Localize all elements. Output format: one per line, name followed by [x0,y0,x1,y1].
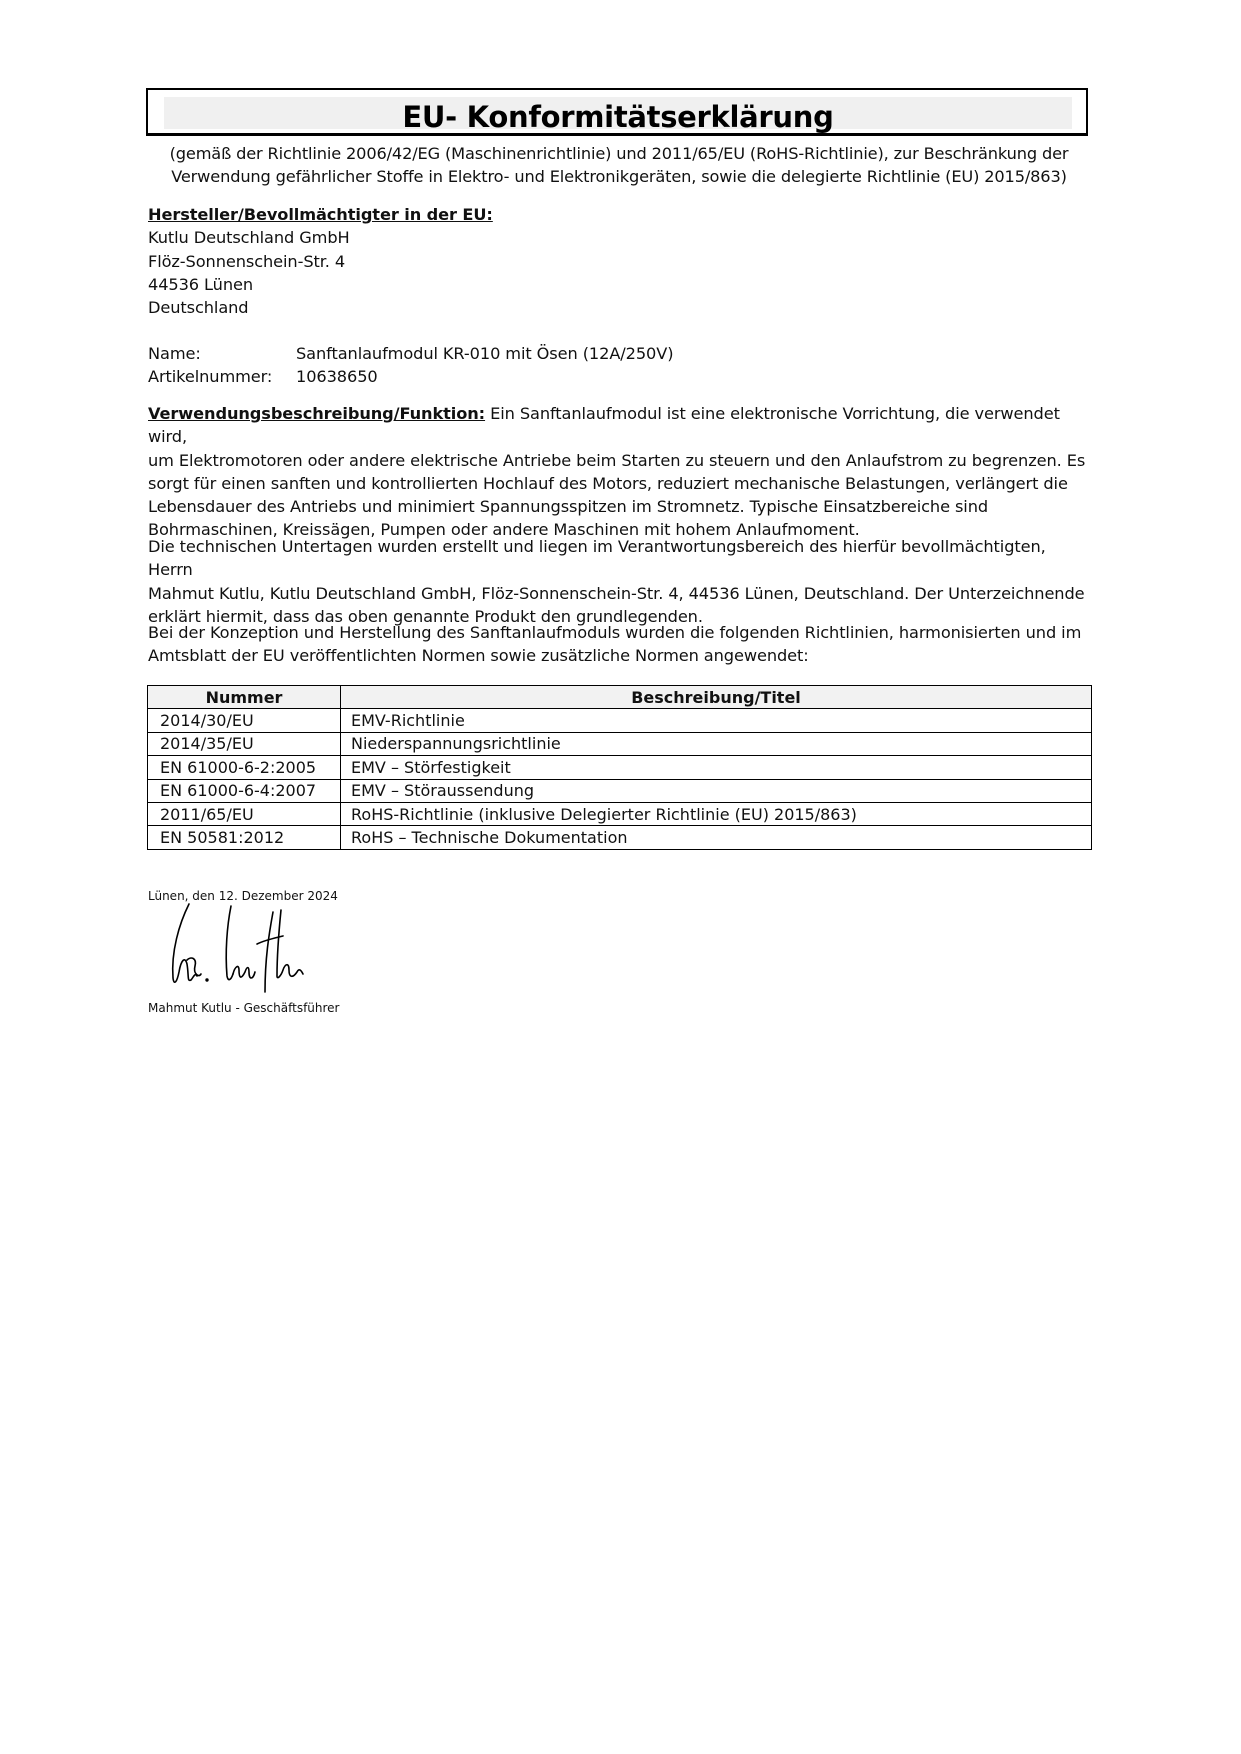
standards-intro-text: Amtsblatt der EU veröffentlichten Normen… [148,644,1092,667]
table-row: 2014/35/EU Niederspannungsrichtlinie [148,732,1092,755]
product-name-label: Name: [148,342,296,365]
product-section: Name: Sanftanlaufmodul KR-010 mit Ösen (… [148,342,1092,389]
usage-heading: Verwendungsbeschreibung/Funktion: [148,404,485,423]
standard-number: 2014/35/EU [148,732,341,755]
manufacturer-city: 44536 Lünen [148,273,1092,296]
usage-section: Verwendungsbeschreibung/Funktion: Ein Sa… [148,402,1092,542]
technical-docs-section: Die technischen Untertagen wurden erstel… [148,535,1092,628]
standards-intro-text: Bei der Konzeption und Herstellung des S… [148,621,1092,644]
manufacturer-section: Hersteller/Bevollmächtigter in der EU: K… [148,203,1092,319]
table-row: EN 50581:2012 RoHS – Technische Dokument… [148,826,1092,849]
table-row: EN 61000-6-4:2007 EMV – Störaussendung [148,779,1092,802]
standard-title: RoHS – Technische Dokumentation [341,826,1092,849]
column-header-description: Beschreibung/Titel [341,686,1092,709]
column-header-number: Nummer [148,686,341,709]
standard-title: EMV-Richtlinie [341,709,1092,732]
subtitle-line: (gemäß der Richtlinie 2006/42/EG (Maschi… [146,142,1092,165]
standard-number: 2011/65/EU [148,802,341,825]
article-number-value: 10638650 [296,365,378,388]
standard-number: EN 50581:2012 [148,826,341,849]
standard-title: EMV – Störaussendung [341,779,1092,802]
title-background: EU- Konformitätserklärung [164,97,1072,129]
page-title: EU- Konformitätserklärung [164,99,1072,135]
title-box: EU- Konformitätserklärung [146,88,1088,136]
technical-docs-text: Die technischen Untertagen wurden erstel… [148,535,1092,582]
signer-name: Mahmut Kutlu - Geschäftsführer [148,1000,340,1016]
subtitle: (gemäß der Richtlinie 2006/42/EG (Maschi… [146,142,1092,188]
standard-number: 2014/30/EU [148,709,341,732]
article-number-label: Artikelnummer: [148,365,296,388]
usage-text: um Elektromotoren oder andere elektrisch… [148,449,1092,472]
standard-title: EMV – Störfestigkeit [341,756,1092,779]
product-name-row: Name: Sanftanlaufmodul KR-010 mit Ösen (… [148,342,1092,365]
manufacturer-heading: Hersteller/Bevollmächtigter in der EU: [148,203,1092,226]
table-header-row: Nummer Beschreibung/Titel [148,686,1092,709]
subtitle-line: Verwendung gefährlicher Stoffe in Elektr… [146,165,1092,188]
table-row: EN 61000-6-2:2005 EMV – Störfestigkeit [148,756,1092,779]
standard-number: EN 61000-6-2:2005 [148,756,341,779]
manufacturer-street: Flöz-Sonnenschein-Str. 4 [148,250,1092,273]
standard-title: Niederspannungsrichtlinie [341,732,1092,755]
standards-intro: Bei der Konzeption und Herstellung des S… [148,621,1092,668]
declaration-page: EU- Konformitätserklärung (gemäß der Ric… [0,0,1241,1754]
usage-text: Lebensdauer des Antriebs und minimiert S… [148,495,1092,518]
product-name-value: Sanftanlaufmodul KR-010 mit Ösen (12A/25… [296,342,673,365]
manufacturer-company: Kutlu Deutschland GmbH [148,226,1092,249]
handwritten-signature-icon [165,900,315,995]
product-article-row: Artikelnummer: 10638650 [148,365,1092,388]
table-row: 2011/65/EU RoHS-Richtlinie (inklusive De… [148,802,1092,825]
table-row: 2014/30/EU EMV-Richtlinie [148,709,1092,732]
usage-text: sorgt für einen sanften und kontrolliert… [148,472,1092,495]
standard-number: EN 61000-6-4:2007 [148,779,341,802]
standard-title: RoHS-Richtlinie (inklusive Delegierter R… [341,802,1092,825]
manufacturer-country: Deutschland [148,296,1092,319]
standards-table: Nummer Beschreibung/Titel 2014/30/EU EMV… [147,685,1092,850]
technical-docs-text: Mahmut Kutlu, Kutlu Deutschland GmbH, Fl… [148,582,1092,605]
